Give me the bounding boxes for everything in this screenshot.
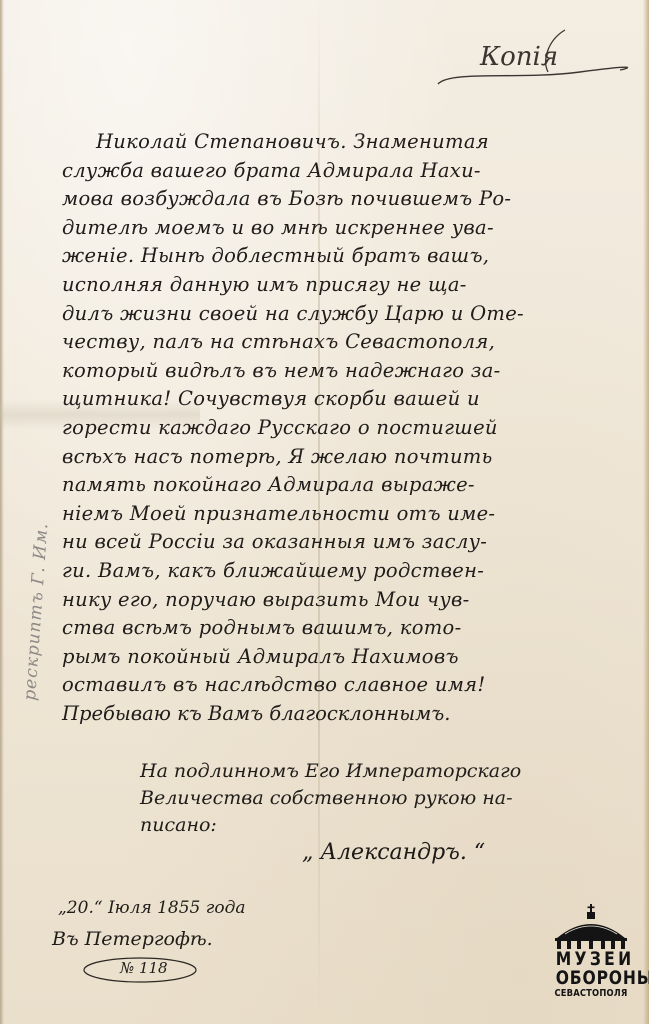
body-line: мова возбуждала въ Бозѣ почившемъ Ро-	[62, 185, 642, 214]
copy-label: Копія	[480, 42, 558, 72]
museum-dome-icon	[551, 904, 631, 950]
body-line: исполняя данную имъ присягу не ща-	[62, 271, 642, 300]
body-line: нику его, поручаю выразить Мои чув-	[62, 586, 642, 615]
closing-line: Пребываю къ Вамъ благосклоннымъ.	[62, 702, 451, 725]
body-line: щитника! Сочувствуя скорби вашей и	[62, 385, 642, 414]
body-line: оставилъ въ наслѣдство славное имя!	[62, 671, 642, 700]
body-line: всѣхъ насъ потерѣ, Я желаю почтить	[62, 443, 642, 472]
body-line: Николай Степановичъ. Знаменитая	[62, 128, 642, 157]
date-line: „20.“ Іюля 1855 года	[58, 898, 246, 918]
body-line: горести каждаго Русскаго о постигшей	[62, 414, 642, 443]
attestation-line: Величества собственною рукою на-	[140, 785, 645, 812]
body-line: дилъ жизни своей на службу Царю и Оте-	[62, 300, 642, 329]
copy-mark: Копія	[430, 20, 640, 95]
body-line: память покойнаго Адмирала выраже-	[62, 471, 642, 500]
attestation-line: На подлинномъ Его Императорскаго	[140, 758, 645, 785]
body-line: дителѣ моемъ и во мнѣ искреннее ува-	[62, 214, 642, 243]
attestation-line: писано:	[140, 812, 645, 839]
body-line: женіе. Нынѣ доблестный братъ вашъ,	[62, 242, 642, 271]
logo-line-3: СЕВАСТОПОЛЯ	[553, 988, 629, 999]
body-line: ніемъ Моей признательности отъ име-	[62, 500, 642, 529]
paper-edge-right	[643, 0, 649, 1024]
body-line: честву, палъ на стѣнахъ Севастополя,	[62, 328, 642, 357]
paper-edge-left	[0, 0, 4, 1024]
attestation: На подлинномъ Его Императорскаго Величес…	[140, 758, 645, 839]
body-line: ства всѣмъ роднымъ вашимъ, кото-	[62, 614, 642, 643]
signature: „ Александръ. “	[302, 840, 485, 865]
document-page: Копія Николай Степановичъ. Знаменитая сл…	[0, 0, 649, 1024]
registry-number-text: № 118	[120, 959, 168, 977]
letter-body: Николай Степановичъ. Знаменитая служба в…	[62, 128, 642, 700]
pencil-margin-note: рескриптъ Г. Им.	[20, 522, 52, 702]
registry-number: № 118	[80, 954, 200, 986]
body-line: ни всей Россіи за оказанныя имъ заслу-	[62, 528, 642, 557]
body-line: который видѣлъ въ немъ надежнаго за-	[62, 357, 642, 386]
museum-watermark-logo: МУЗЕИ ОБОРОНЫ СЕВАСТОПОЛЯ	[548, 904, 634, 1016]
body-line: служба вашего брата Адмирала Нахи-	[62, 157, 642, 186]
logo-line-2: ОБОРОНЫ	[556, 969, 627, 988]
body-line: рымъ покойный Адмиралъ Нахимовъ	[62, 643, 642, 672]
body-line: ги. Вамъ, какъ ближайшему родствен-	[62, 557, 642, 586]
place-line: Въ Петергофѣ.	[52, 928, 213, 950]
